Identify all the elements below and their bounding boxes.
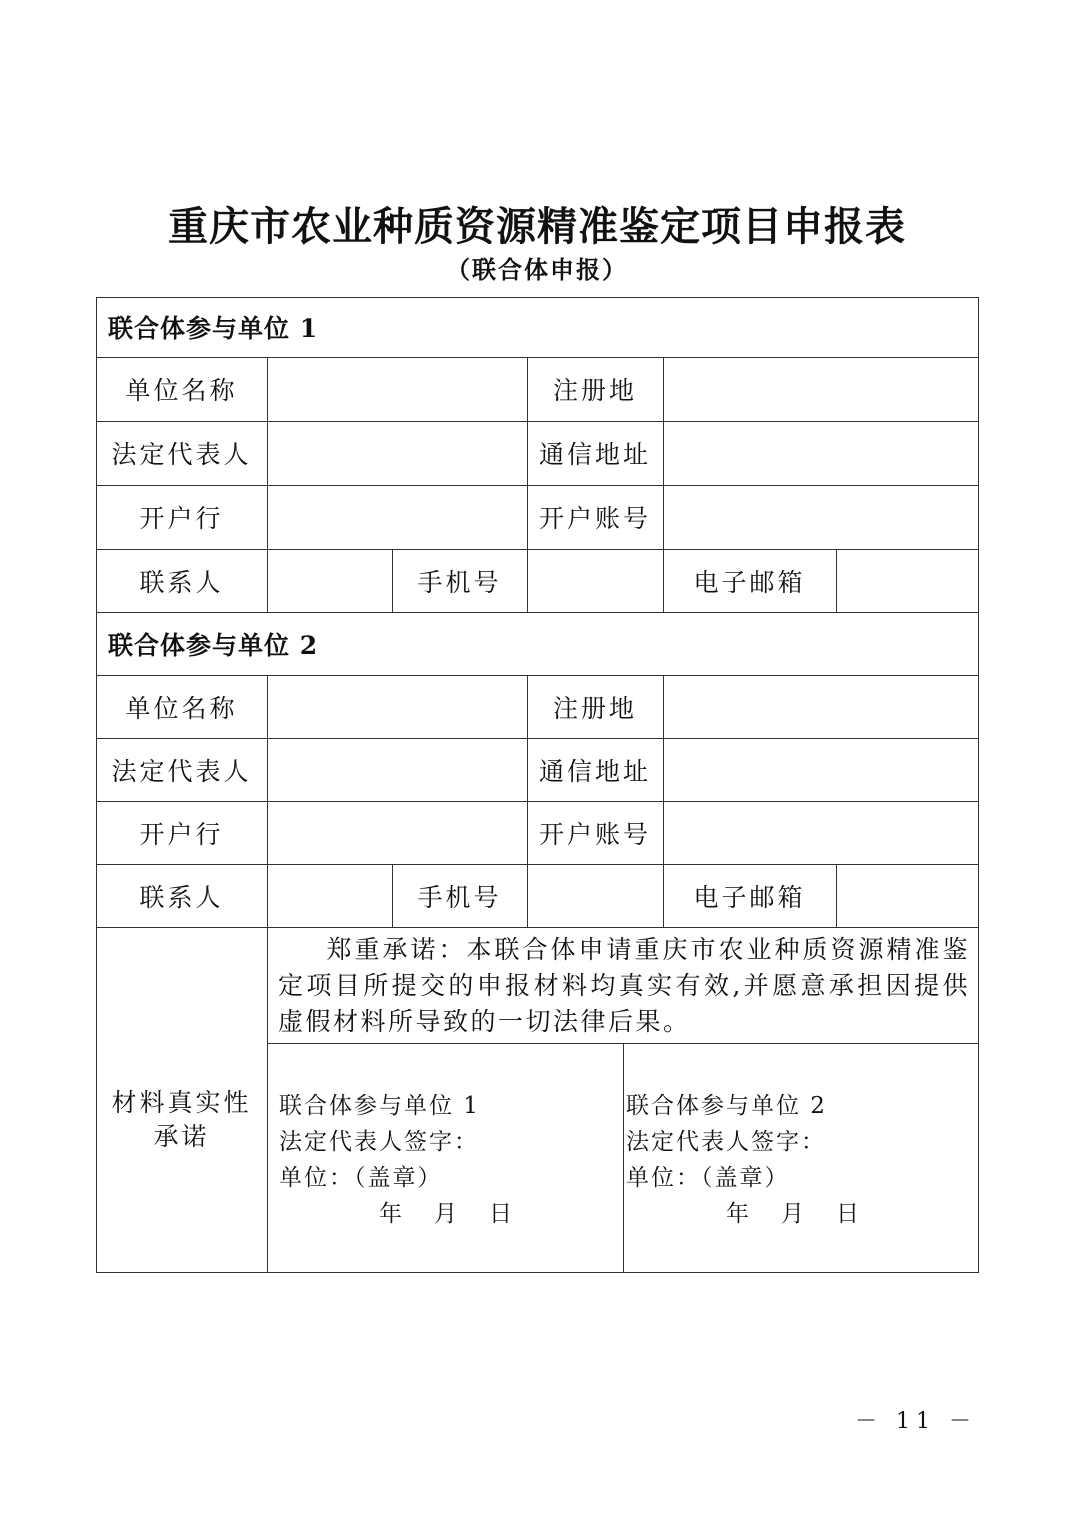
section-header-unit-2: 联合体参与单位 2 — [96, 612, 979, 675]
field-mailing-address[interactable] — [663, 738, 978, 801]
date-month: 月 — [781, 1196, 836, 1232]
field-registered-address[interactable] — [663, 675, 978, 738]
signature-unit-label: 联合体参与单位 2 — [626, 1088, 891, 1124]
row-divider — [96, 927, 979, 928]
label-legal-representative: 法定代表人 — [96, 421, 267, 485]
table-border-bottom — [96, 1272, 979, 1273]
signature-rep-sign[interactable]: 法定代表人签字： — [279, 1124, 544, 1160]
label-account-number: 开户账号 — [527, 485, 663, 549]
pledge-statement: 郑重承诺：本联合体申请重庆市农业种质资源精准鉴定项目所提交的申报材料均真实有效,… — [278, 932, 970, 1040]
col-divider — [623, 1043, 624, 1273]
field-phone[interactable] — [527, 864, 663, 927]
field-account-number[interactable] — [663, 485, 978, 549]
label-legal-representative: 法定代表人 — [96, 738, 267, 801]
field-contact[interactable] — [267, 864, 392, 927]
label-unit-name: 单位名称 — [96, 675, 267, 738]
label-mailing-address: 通信地址 — [527, 738, 663, 801]
date-year: 年 — [726, 1196, 781, 1232]
page-title: 重庆市农业种质资源精准鉴定项目申报表 — [0, 195, 1074, 252]
field-email[interactable] — [836, 549, 978, 612]
label-bank: 开户行 — [96, 801, 267, 864]
field-phone[interactable] — [527, 549, 663, 612]
table-border-right — [978, 297, 979, 1273]
field-legal-representative[interactable] — [267, 421, 527, 485]
signature-unit-label: 联合体参与单位 1 — [279, 1088, 544, 1124]
pledge-text: 郑重承诺：本联合体申请重庆市农业种质资源精准鉴定项目所提交的申报材料均真实有效,… — [278, 935, 970, 1036]
col-divider — [267, 927, 268, 1273]
page-number: － 11 － — [855, 1404, 977, 1435]
date-month: 月 — [434, 1196, 489, 1232]
signature-block-unit-1: 联合体参与单位 1 法定代表人签字： 单位：（盖章） 年月日 — [279, 1088, 544, 1232]
label-contact: 联系人 — [96, 549, 267, 612]
section-header-unit-1: 联合体参与单位 1 — [96, 297, 979, 357]
page-subtitle: （联合体申报） — [0, 250, 1074, 285]
label-phone: 手机号 — [392, 864, 527, 927]
field-mailing-address[interactable] — [663, 421, 978, 485]
label-contact: 联系人 — [96, 864, 267, 927]
pledge-label-line2: 承诺 — [153, 1120, 209, 1154]
label-registered-address: 注册地 — [527, 357, 663, 421]
field-email[interactable] — [836, 864, 978, 927]
signature-block-unit-2: 联合体参与单位 2 法定代表人签字： 单位：（盖章） 年月日 — [626, 1088, 891, 1232]
signature-date[interactable]: 年月日 — [626, 1196, 891, 1232]
label-account-number: 开户账号 — [527, 801, 663, 864]
signature-rep-sign[interactable]: 法定代表人签字： — [626, 1124, 891, 1160]
label-unit-name: 单位名称 — [96, 357, 267, 421]
date-year: 年 — [379, 1196, 434, 1232]
field-registered-address[interactable] — [663, 357, 978, 421]
label-registered-address: 注册地 — [527, 675, 663, 738]
field-bank[interactable] — [267, 801, 527, 864]
pledge-label-line1: 材料真实性 — [111, 1086, 251, 1120]
label-email: 电子邮箱 — [663, 864, 836, 927]
field-unit-name[interactable] — [267, 357, 527, 421]
field-contact[interactable] — [267, 549, 392, 612]
label-phone: 手机号 — [392, 549, 527, 612]
label-mailing-address: 通信地址 — [527, 421, 663, 485]
date-day: 日 — [489, 1196, 544, 1232]
signature-stamp[interactable]: 单位：（盖章） — [279, 1160, 544, 1196]
field-unit-name[interactable] — [267, 675, 527, 738]
field-account-number[interactable] — [663, 801, 978, 864]
field-legal-representative[interactable] — [267, 738, 527, 801]
label-email: 电子邮箱 — [663, 549, 836, 612]
pledge-label: 材料真实性 承诺 — [96, 1080, 267, 1160]
field-bank[interactable] — [267, 485, 527, 549]
date-day: 日 — [836, 1196, 891, 1232]
signature-stamp[interactable]: 单位：（盖章） — [626, 1160, 891, 1196]
signature-date[interactable]: 年月日 — [279, 1196, 544, 1232]
label-bank: 开户行 — [96, 485, 267, 549]
